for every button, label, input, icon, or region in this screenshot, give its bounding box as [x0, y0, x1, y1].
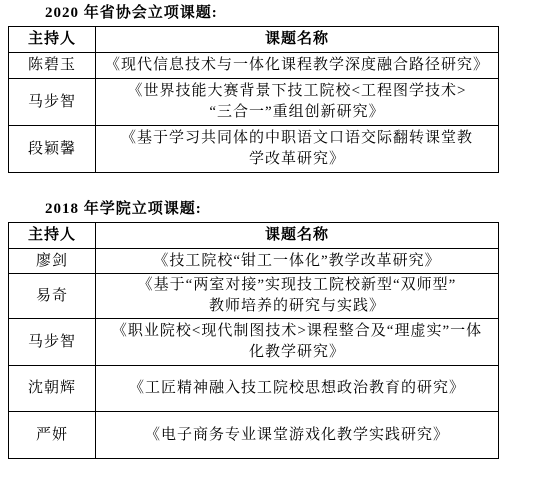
title-cell: 《现代信息技术与一体化课程教学深度融合路径研究》 — [96, 53, 499, 79]
section-heading: 2018 年学院立项课题: — [45, 200, 533, 219]
title-cell: 《基于“两室对接”实现技工院校新型“双师型” 教师培养的研究与实践》 — [96, 274, 499, 319]
table-row: 段颖馨 《基于学习共同体的中职语文口语交际翻转课堂教 学改革研究》 — [9, 126, 499, 173]
title-cell: 《电子商务专业课堂游戏化教学实践研究》 — [96, 412, 499, 459]
host-cell: 马步智 — [9, 319, 96, 366]
host-cell: 段颖馨 — [9, 126, 96, 173]
title-cell: 《世界技能大赛背景下技工院校<工程图学技术> “三合一”重组创新研究》 — [96, 79, 499, 126]
document-page: 2020 年省协会立项课题: 主持人 课题名称 陈碧玉 《现代信息技术与一体化课… — [0, 0, 533, 481]
table-row: 廖剑 《技工院校“钳工一体化”教学改革研究》 — [9, 249, 499, 274]
title-cell: 《工匠精神融入技工院校思想政治教育的研究》 — [96, 366, 499, 412]
section-2020: 2020 年省协会立项课题: 主持人 课题名称 陈碧玉 《现代信息技术与一体化课… — [8, 4, 533, 173]
project-table-2018: 主持人 课题名称 廖剑 《技工院校“钳工一体化”教学改革研究》 易奇 《基于“两… — [8, 222, 499, 459]
host-cell: 沈朝辉 — [9, 366, 96, 412]
section-heading: 2020 年省协会立项课题: — [45, 4, 533, 23]
table-header-row: 主持人 课题名称 — [9, 27, 499, 53]
host-cell: 易奇 — [9, 274, 96, 319]
host-cell: 严妍 — [9, 412, 96, 459]
project-table-2020: 主持人 课题名称 陈碧玉 《现代信息技术与一体化课程教学深度融合路径研究》 马步… — [8, 26, 499, 173]
table-row: 易奇 《基于“两室对接”实现技工院校新型“双师型” 教师培养的研究与实践》 — [9, 274, 499, 319]
column-header-title: 课题名称 — [96, 223, 499, 249]
column-header-host: 主持人 — [9, 223, 96, 249]
table-header-row: 主持人 课题名称 — [9, 223, 499, 249]
host-cell: 马步智 — [9, 79, 96, 126]
table-row: 严妍 《电子商务专业课堂游戏化教学实践研究》 — [9, 412, 499, 459]
column-header-host: 主持人 — [9, 27, 96, 53]
title-cell: 《技工院校“钳工一体化”教学改革研究》 — [96, 249, 499, 274]
table-row: 马步智 《职业院校<现代制图技术>课程整合及“理虚实”一体 化教学研究》 — [9, 319, 499, 366]
column-header-title: 课题名称 — [96, 27, 499, 53]
table-row: 沈朝辉 《工匠精神融入技工院校思想政治教育的研究》 — [9, 366, 499, 412]
table-row: 陈碧玉 《现代信息技术与一体化课程教学深度融合路径研究》 — [9, 53, 499, 79]
host-cell: 陈碧玉 — [9, 53, 96, 79]
host-cell: 廖剑 — [9, 249, 96, 274]
title-cell: 《基于学习共同体的中职语文口语交际翻转课堂教 学改革研究》 — [96, 126, 499, 173]
title-cell: 《职业院校<现代制图技术>课程整合及“理虚实”一体 化教学研究》 — [96, 319, 499, 366]
section-2018: 2018 年学院立项课题: 主持人 课题名称 廖剑 《技工院校“钳工一体化”教学… — [8, 200, 533, 459]
table-row: 马步智 《世界技能大赛背景下技工院校<工程图学技术> “三合一”重组创新研究》 — [9, 79, 499, 126]
